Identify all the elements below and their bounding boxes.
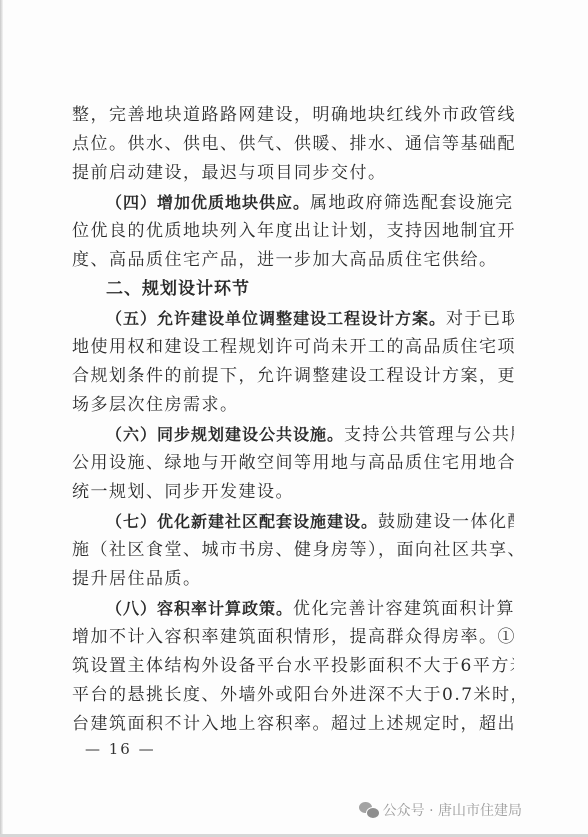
section-8-text: 优化完善计容建筑面积计算规定， [293,599,514,619]
section-5-text: 对于已取得土 [446,309,514,329]
section-5-line: （五）允许建设单位调整建设工程设计方案。对于已取得土 [72,304,514,333]
text-line: 合规划条件的前提下，允许调整建设工程设计方案，更好满足市 [72,362,514,391]
section-8-line: （八）容积率计算政策。优化完善计容建筑面积计算规定， [72,594,514,623]
text-line: 平台的悬挑长度、外墙外或阳台外进深不大于0.7米时，设备平 [72,681,514,710]
section-4-line: （四）增加优质地块供应。属地政府筛选配套设施完善、区 [72,188,514,217]
text-line: 提前启动建设，最迟与项目同步交付。 [72,159,514,188]
section-6-title: （六）同步规划建设公共设施。 [106,425,344,444]
section-7-title: （七）优化新建社区配套设施建设。 [106,512,378,531]
section-8-title: （八）容积率计算政策。 [106,599,293,618]
text-line: 公用设施、绿地与开敞空间等用地与高品质住宅用地合并出让、 [72,449,514,478]
section-7-line: （七）优化新建社区配套设施建设。鼓励建设一体化配套设 [72,507,514,536]
text-line: 场多层次住房需求。 [72,391,514,420]
chapter-heading: 二、规划设计环节 [72,275,514,304]
text-line: 整，完善地块道路路网建设，明确地块红线外市政管线设施接入 [72,101,514,130]
wechat-icon [359,802,379,818]
text-line: 施（社区食堂、城市书房、健身房等），面向社区共享、开放， [72,536,514,565]
text-line: 点位。供水、供电、供气、供暖、排水、通信等基础配套设施应 [72,130,514,159]
section-4-title: （四）增加优质地块供应。 [106,193,310,212]
section-6-line: （六）同步规划建设公共设施。支持公共管理与公共服务、 [72,420,514,449]
text-line: 提升居住品质。 [72,565,514,594]
watermark-text: 公众号 · 唐山市住建局 [383,800,522,820]
section-5-title: （五）允许建设单位调整建设工程设计方案。 [106,309,446,328]
text-line: 位优良的优质地块列入年度出让计划，支持因地制宜开发低密 [72,217,514,246]
text-line: 台建筑面积不计入地上容积率。超过上述规定时，超出部分按照 [72,710,514,739]
document-page: 整，完善地块道路路网建设，明确地块红线外市政管线设施接入 点位。供水、供电、供气… [72,101,514,739]
wechat-watermark: 公众号 · 唐山市住建局 [359,800,522,820]
text-line: 地使用权和建设工程规划许可尚未开工的高品质住宅项目，在符 [72,333,514,362]
text-line: 统一规划、同步开发建设。 [72,478,514,507]
section-4-text: 属地政府筛选配套设施完善、区 [310,193,514,213]
page-number: — 16 — [85,740,156,758]
page-left-edge [0,0,3,837]
text-line: 筑设置主体结构外设备平台水平投影面积不大于6平方米，设备 [72,652,514,681]
text-line: 增加不计入容积率建筑面积情形，提高群众得房率。①当住宅建 [72,623,514,652]
text-line: 度、高品质住宅产品，进一步加大高品质住宅供给。 [72,246,514,275]
section-7-text: 鼓励建设一体化配套设 [378,512,514,532]
section-6-text: 支持公共管理与公共服务、 [344,425,514,445]
